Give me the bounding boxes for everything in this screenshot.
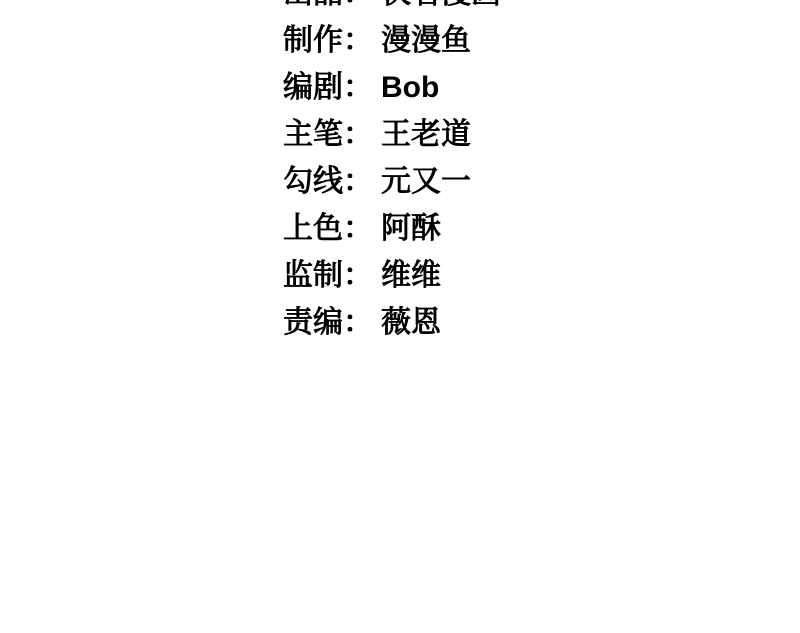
credit-label: 编剧： xyxy=(283,64,373,111)
credit-label: 出品： xyxy=(283,0,373,17)
credit-label: 监制： xyxy=(283,252,373,299)
credit-value: Bob xyxy=(381,64,439,111)
credit-value: 薇恩 xyxy=(381,299,441,346)
credit-value: 王老道 xyxy=(381,111,471,158)
credit-line-producer: 出品： 快看漫画 xyxy=(283,0,501,17)
credit-label: 制作： xyxy=(283,17,373,64)
credit-value: 快看漫画 xyxy=(381,0,501,17)
credit-line-lineart: 勾线： 元又一 xyxy=(283,158,501,205)
credit-label: 主笔： xyxy=(283,111,373,158)
credit-value: 漫漫鱼 xyxy=(381,17,471,64)
credit-line-production: 制作： 漫漫鱼 xyxy=(283,17,501,64)
credit-value: 维维 xyxy=(381,252,441,299)
credit-label: 上色： xyxy=(283,205,373,252)
credit-label: 责编： xyxy=(283,299,373,346)
credit-label: 勾线： xyxy=(283,158,373,205)
credit-line-lead-artist: 主笔： 王老道 xyxy=(283,111,501,158)
credit-value: 元又一 xyxy=(381,158,471,205)
credit-line-supervisor: 监制： 维维 xyxy=(283,252,501,299)
credits-page: 出品： 快看漫画 制作： 漫漫鱼 编剧： Bob 主笔： 王老道 勾线： 元又一… xyxy=(0,0,800,633)
credit-value: 阿酥 xyxy=(381,205,441,252)
credit-line-editor: 责编： 薇恩 xyxy=(283,299,501,346)
credit-line-coloring: 上色： 阿酥 xyxy=(283,205,501,252)
credit-line-writer: 编剧： Bob xyxy=(283,64,501,111)
credits-list: 出品： 快看漫画 制作： 漫漫鱼 编剧： Bob 主笔： 王老道 勾线： 元又一… xyxy=(283,0,501,346)
